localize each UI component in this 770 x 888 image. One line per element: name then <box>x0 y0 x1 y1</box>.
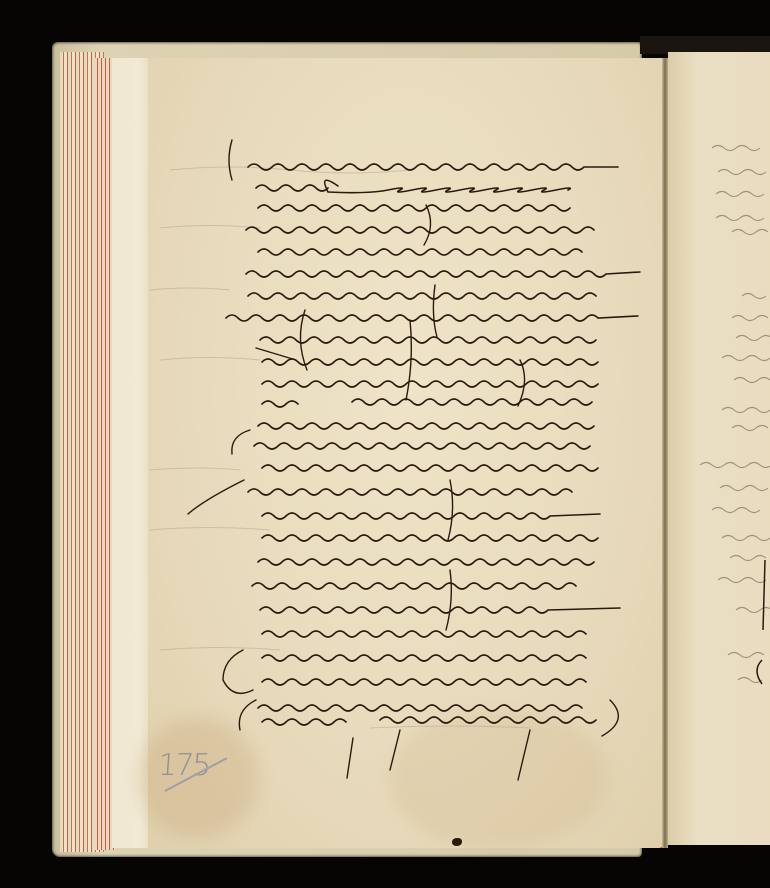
folio-number: 175 <box>157 748 211 783</box>
manuscript-right-page <box>668 52 770 845</box>
page-inner-margin <box>112 58 150 848</box>
ink-blot <box>452 838 462 846</box>
water-stain <box>388 708 608 848</box>
manuscript-left-page <box>148 58 665 848</box>
book-gutter <box>662 58 668 848</box>
